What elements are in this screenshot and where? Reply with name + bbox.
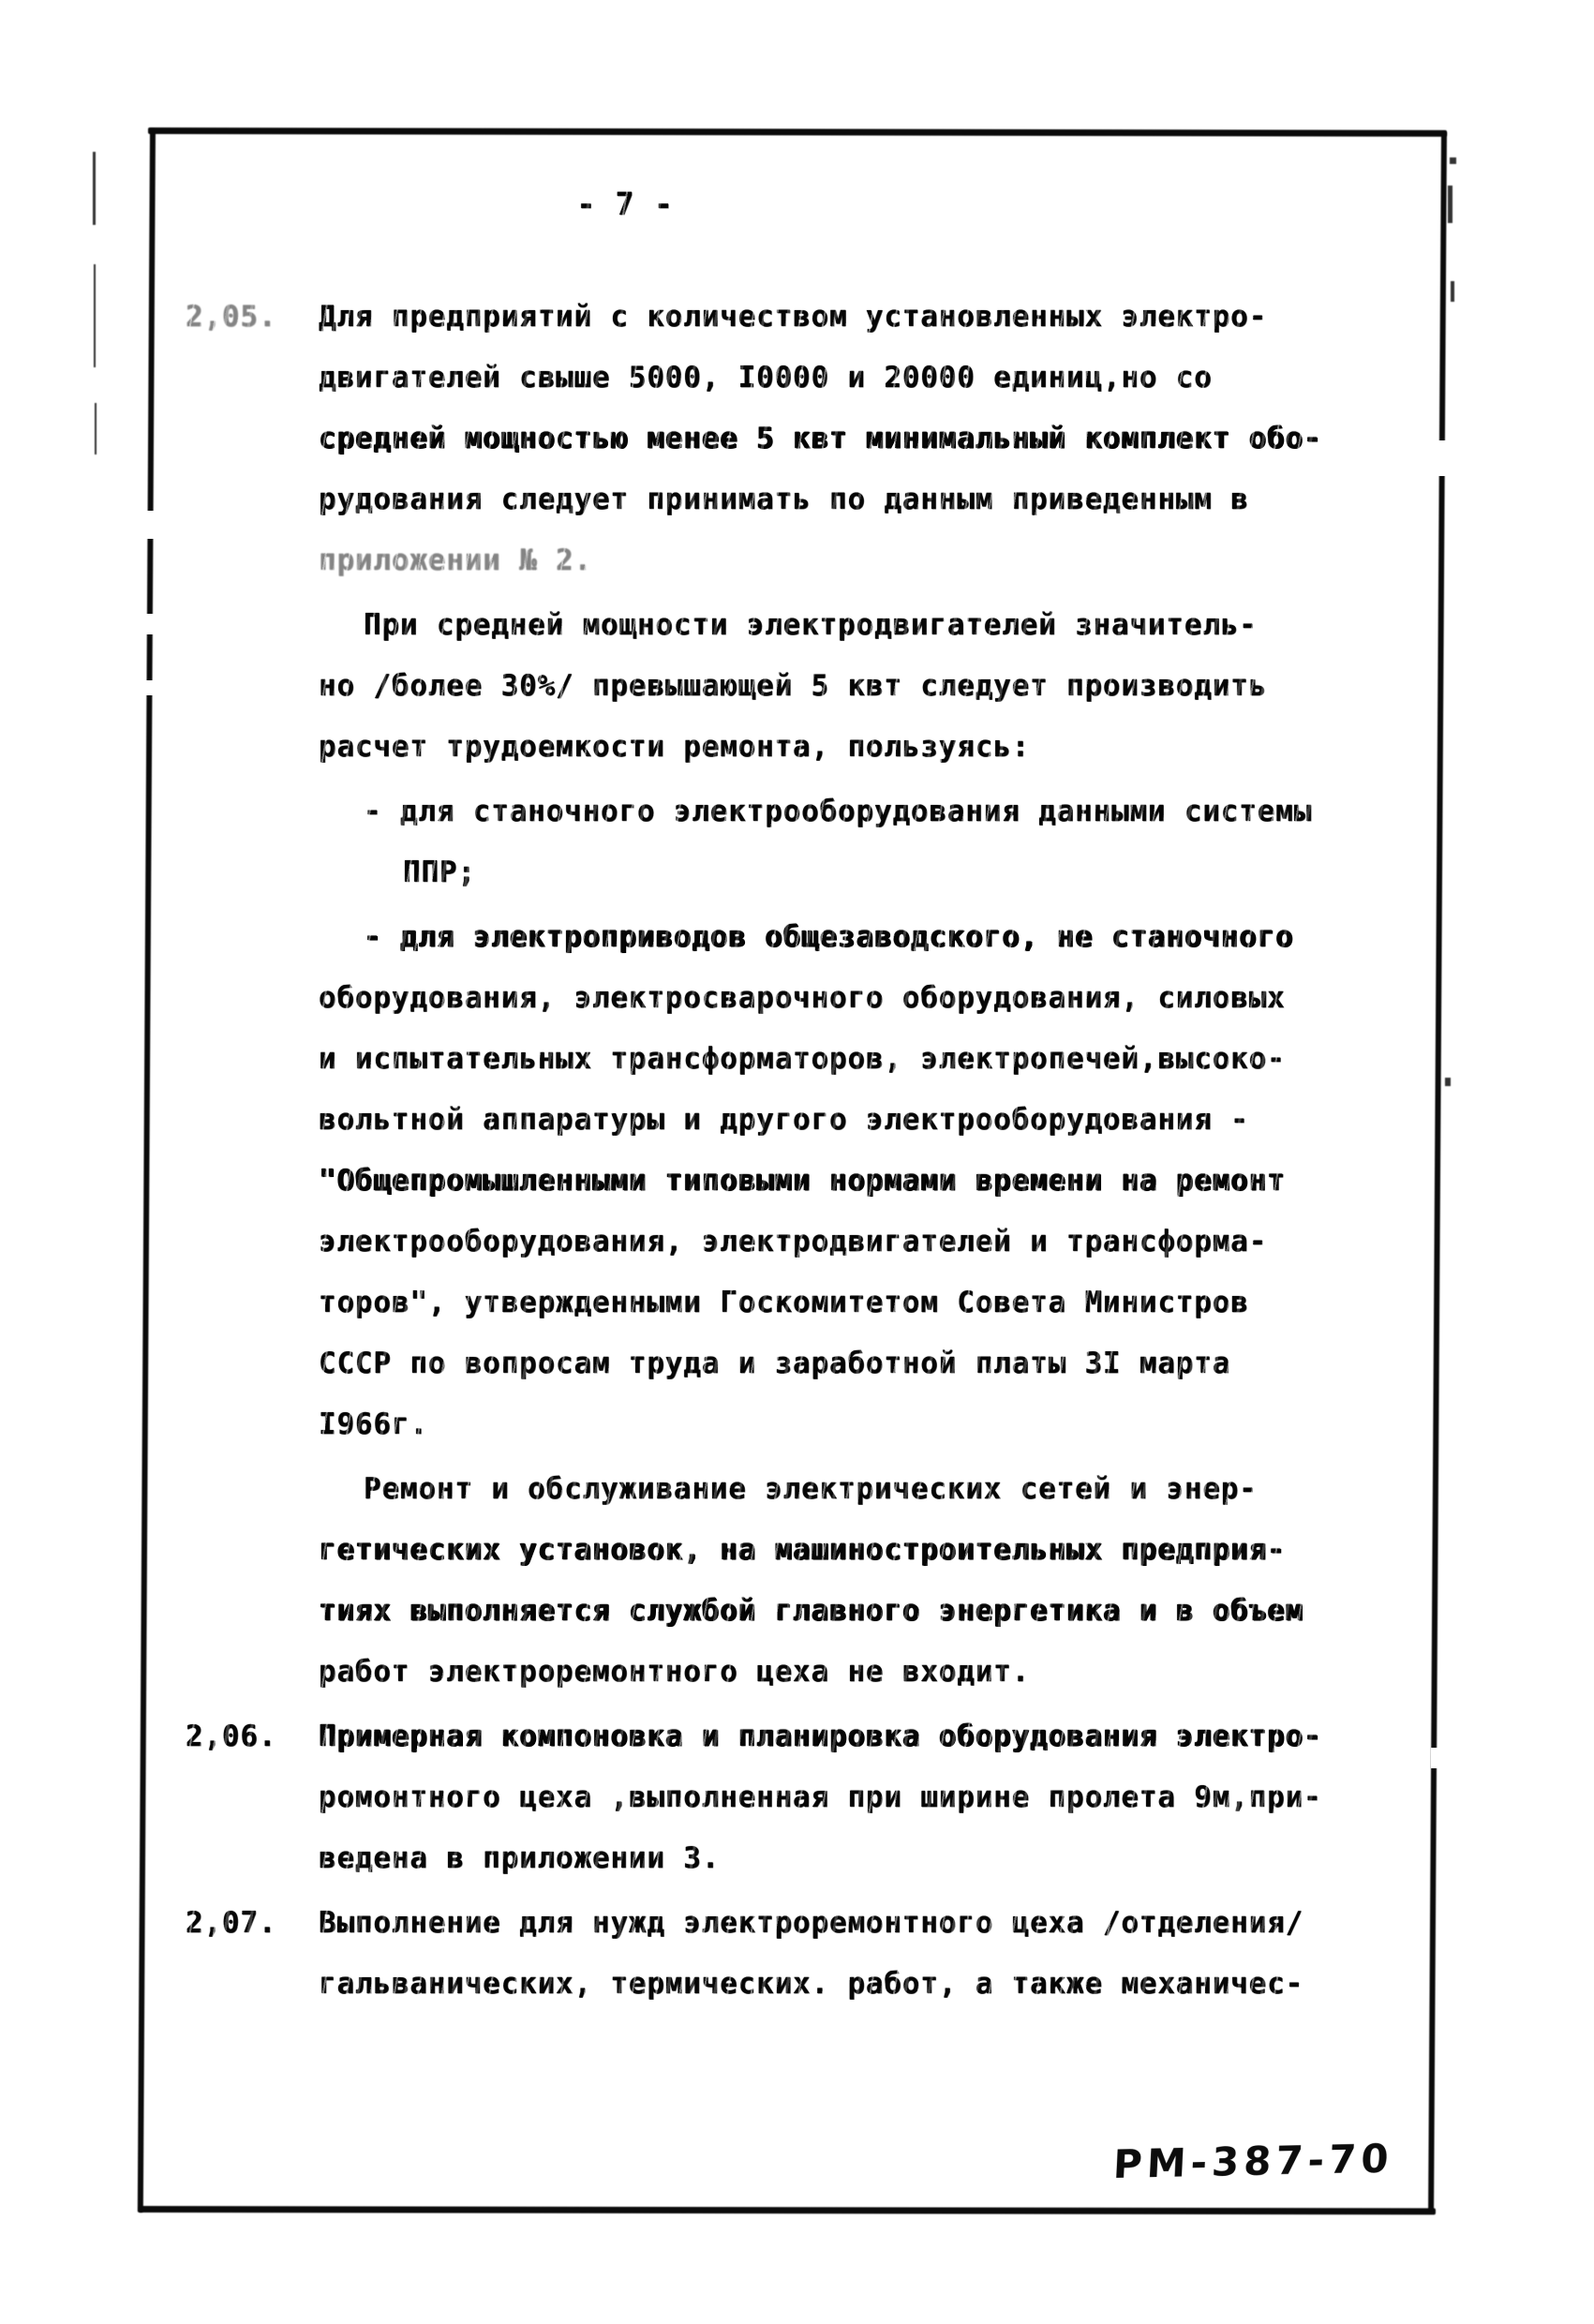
text-line: СССР по вопросам труда и заработной плат…: [319, 1333, 1594, 1394]
paragraph: 2,07.Выполнение для нужд электроремонтно…: [0, 1893, 1594, 2015]
paragraph-number: 2,07.: [186, 1893, 276, 1954]
text-line: Выполнение для нужд электроремонтного це…: [319, 1893, 1594, 1954]
text-line: ведена в приложении 3.: [319, 1828, 1594, 1889]
scanned-page: - 7 - 2,05.Для предприятий с количеством…: [0, 0, 1594, 2324]
paragraph: Ремонт и обслуживание электрических сете…: [0, 1459, 1594, 1703]
paragraph-number: 2,06.: [186, 1706, 276, 1767]
paragraph: - для станочного электрооборудования дан…: [0, 782, 1594, 903]
text-line: но /более 30%/ превышающей 5 квт следует…: [319, 656, 1594, 717]
text-line: При средней мощности электродвигателей з…: [319, 595, 1594, 656]
paragraph-number: 2,05.: [186, 287, 276, 348]
text-line: - для станочного электрооборудования дан…: [364, 782, 1594, 842]
scan-noise-speck: [1448, 186, 1452, 223]
text-line: работ электроремонтного цеха не входит.: [319, 1642, 1594, 1703]
page-border-top: [148, 127, 1447, 137]
text-line: рудования следует принимать по данным пр…: [319, 469, 1594, 530]
document-body: 2,05.Для предприятий с количеством устан…: [0, 287, 1594, 2015]
text-line: средней мощностью менее 5 квт минимальны…: [319, 409, 1594, 469]
paragraph: 2,05.Для предприятий с количеством устан…: [0, 287, 1594, 591]
text-line: приложении № 2.: [319, 530, 1594, 591]
text-line: ППР;: [403, 842, 1594, 903]
paragraph: При средней мощности электродвигателей з…: [0, 595, 1594, 778]
page-number: - 7 -: [545, 186, 705, 222]
paragraph: - для электроприводов общезаводского, не…: [0, 907, 1594, 1455]
text-line: гальванических, термических. работ, а та…: [319, 1954, 1594, 2015]
text-line: Ремонт и обслуживание электрических сете…: [319, 1459, 1594, 1520]
text-line: вольтной аппаратуры и другого электрообо…: [319, 1090, 1594, 1151]
scan-noise-speck: [93, 152, 96, 225]
text-line: - для электроприводов общезаводского, не…: [364, 907, 1594, 968]
text-line: торов", утвержденными Госкомитетом Совет…: [319, 1273, 1594, 1333]
text-line: Для предприятий с количеством установлен…: [319, 287, 1594, 348]
scan-noise-speck: [1450, 157, 1456, 164]
text-line: и испытательных трансформаторов, электро…: [319, 1029, 1594, 1090]
paragraph: 2,06.Примерная компоновка и планировка о…: [0, 1706, 1594, 1889]
text-line: оборудования, электросварочного оборудов…: [319, 968, 1594, 1029]
page-border-bottom: [139, 2206, 1436, 2214]
text-line: электрооборудования, электродвигателей и…: [319, 1212, 1594, 1273]
text-line: ромонтного цеха ,выполненная при ширине …: [319, 1767, 1594, 1828]
text-line: "Общепромышленными типовыми нормами врем…: [319, 1151, 1594, 1212]
text-line: I966г.: [319, 1394, 1594, 1455]
document-code-handwritten: РМ-387-70: [1112, 2136, 1394, 2187]
text-line: тиях выполняется службой главного энерге…: [319, 1581, 1594, 1642]
text-line: гетических установок, на машиностроитель…: [319, 1520, 1594, 1581]
text-line: двигателей свыше 5000, I0000 и 20000 еди…: [319, 348, 1594, 409]
text-line: Примерная компоновка и планировка оборуд…: [319, 1706, 1594, 1767]
text-line: расчет трудоемкости ремонта, пользуясь:: [319, 717, 1594, 778]
